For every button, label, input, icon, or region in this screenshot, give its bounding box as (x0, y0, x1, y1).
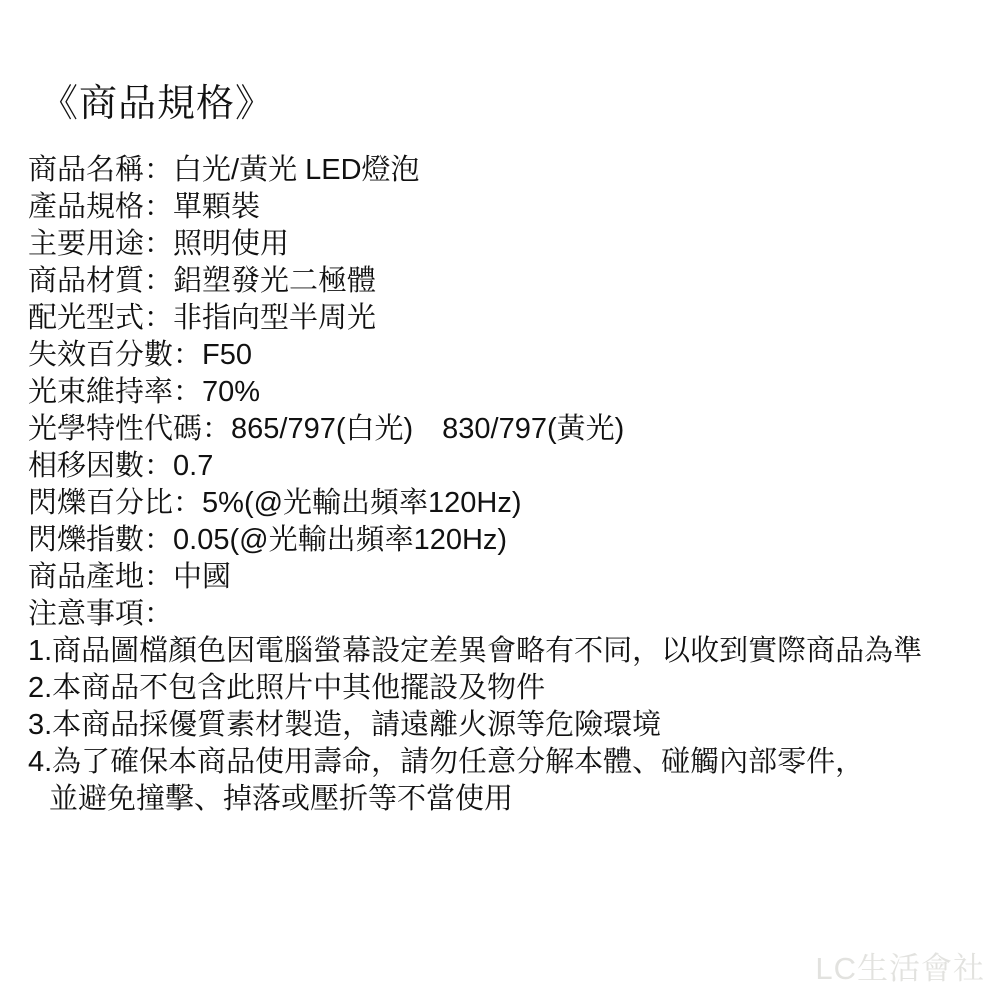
spec-row-power-factor: 相移因數：0.7 (28, 448, 982, 485)
spec-label: 光束維持率 (28, 376, 173, 408)
spec-value: 中國 (173, 561, 231, 593)
spec-value: 0.7 (173, 450, 213, 482)
colon-separator: ： (202, 413, 231, 445)
colon-separator: ： (144, 265, 173, 297)
spec-row-failure-percent: 失效百分數：F50 (28, 337, 982, 374)
spec-label: 產品規格 (28, 191, 144, 223)
spec-row-material: 商品材質：鋁塑發光二極體 (28, 263, 982, 300)
colon-separator: ： (144, 598, 173, 630)
colon-separator: ： (144, 450, 173, 482)
colon-separator: ： (173, 376, 202, 408)
spec-value: 單顆裝 (173, 191, 260, 223)
colon-separator: ： (144, 191, 173, 223)
spec-label: 失效百分數 (28, 339, 173, 371)
spec-value: 照明使用 (173, 228, 289, 260)
spec-row-main-use: 主要用途：照明使用 (28, 226, 982, 263)
spec-row-origin: 商品產地：中國 (28, 559, 982, 596)
note-item-4: 4.為了確保本商品使用壽命，請勿任意分解本體、碰觸內部零件， (28, 744, 982, 781)
spec-row-optical-code: 光學特性代碼：865/797(白光) 830/797(黃光) (28, 411, 982, 448)
page-title: 《商品規格》 (40, 72, 274, 127)
note-item-2: 2.本商品不包含此照片中其他擺設及物件 (28, 670, 982, 707)
spec-label: 主要用途 (28, 228, 144, 260)
spec-label: 商品名稱 (28, 154, 144, 186)
spec-value: 白光/黃光 LED燈泡 (173, 154, 420, 186)
watermark: LC生活會社 (815, 943, 985, 988)
note-item-1: 1.商品圖檔顏色因電腦螢幕設定差異會略有不同，以收到實際商品為準 (28, 633, 982, 670)
colon-separator: ： (144, 228, 173, 260)
spec-value: 5%(@光輸出頻率120Hz) (202, 487, 522, 519)
spec-label: 閃爍百分比 (28, 487, 173, 519)
notes-heading: 注意事項： (28, 596, 982, 633)
colon-separator: ： (144, 154, 173, 186)
colon-separator: ： (144, 524, 173, 556)
colon-separator: ： (144, 302, 173, 334)
note-item-4-continuation: 並避免撞擊、掉落或壓折等不當使用 (28, 781, 982, 818)
colon-separator: ： (173, 339, 202, 371)
spec-row-flicker-percent: 閃爍百分比：5%(@光輸出頻率120Hz) (28, 485, 982, 522)
spec-row-flicker-index: 閃爍指數：0.05(@光輸出頻率120Hz) (28, 522, 982, 559)
spec-label: 閃爍指數 (28, 524, 144, 556)
spec-value: 865/797(白光) 830/797(黃光) (231, 413, 624, 445)
spec-list: 商品名稱：白光/黃光 LED燈泡 產品規格：單顆裝 主要用途：照明使用 商品材質… (28, 152, 982, 818)
spec-label: 光學特性代碼 (28, 413, 202, 445)
note-item-3: 3.本商品採優質素材製造，請遠離火源等危險環境 (28, 707, 982, 744)
spec-value: 鋁塑發光二極體 (173, 265, 376, 297)
notes-heading-label: 注意事項 (28, 598, 144, 630)
spec-label: 商品材質 (28, 265, 144, 297)
spec-row-light-distribution: 配光型式：非指向型半周光 (28, 300, 982, 337)
spec-value: 0.05(@光輸出頻率120Hz) (173, 524, 507, 556)
spec-label: 商品產地 (28, 561, 144, 593)
spec-row-lumen-maintenance: 光束維持率：70% (28, 374, 982, 411)
spec-value: F50 (202, 339, 252, 371)
spec-value: 非指向型半周光 (173, 302, 376, 334)
colon-separator: ： (144, 561, 173, 593)
colon-separator: ： (173, 487, 202, 519)
spec-value: 70% (202, 376, 260, 408)
spec-label: 相移因數 (28, 450, 144, 482)
spec-label: 配光型式 (28, 302, 144, 334)
spec-row-product-name: 商品名稱：白光/黃光 LED燈泡 (28, 152, 982, 189)
spec-row-product-spec: 產品規格：單顆裝 (28, 189, 982, 226)
